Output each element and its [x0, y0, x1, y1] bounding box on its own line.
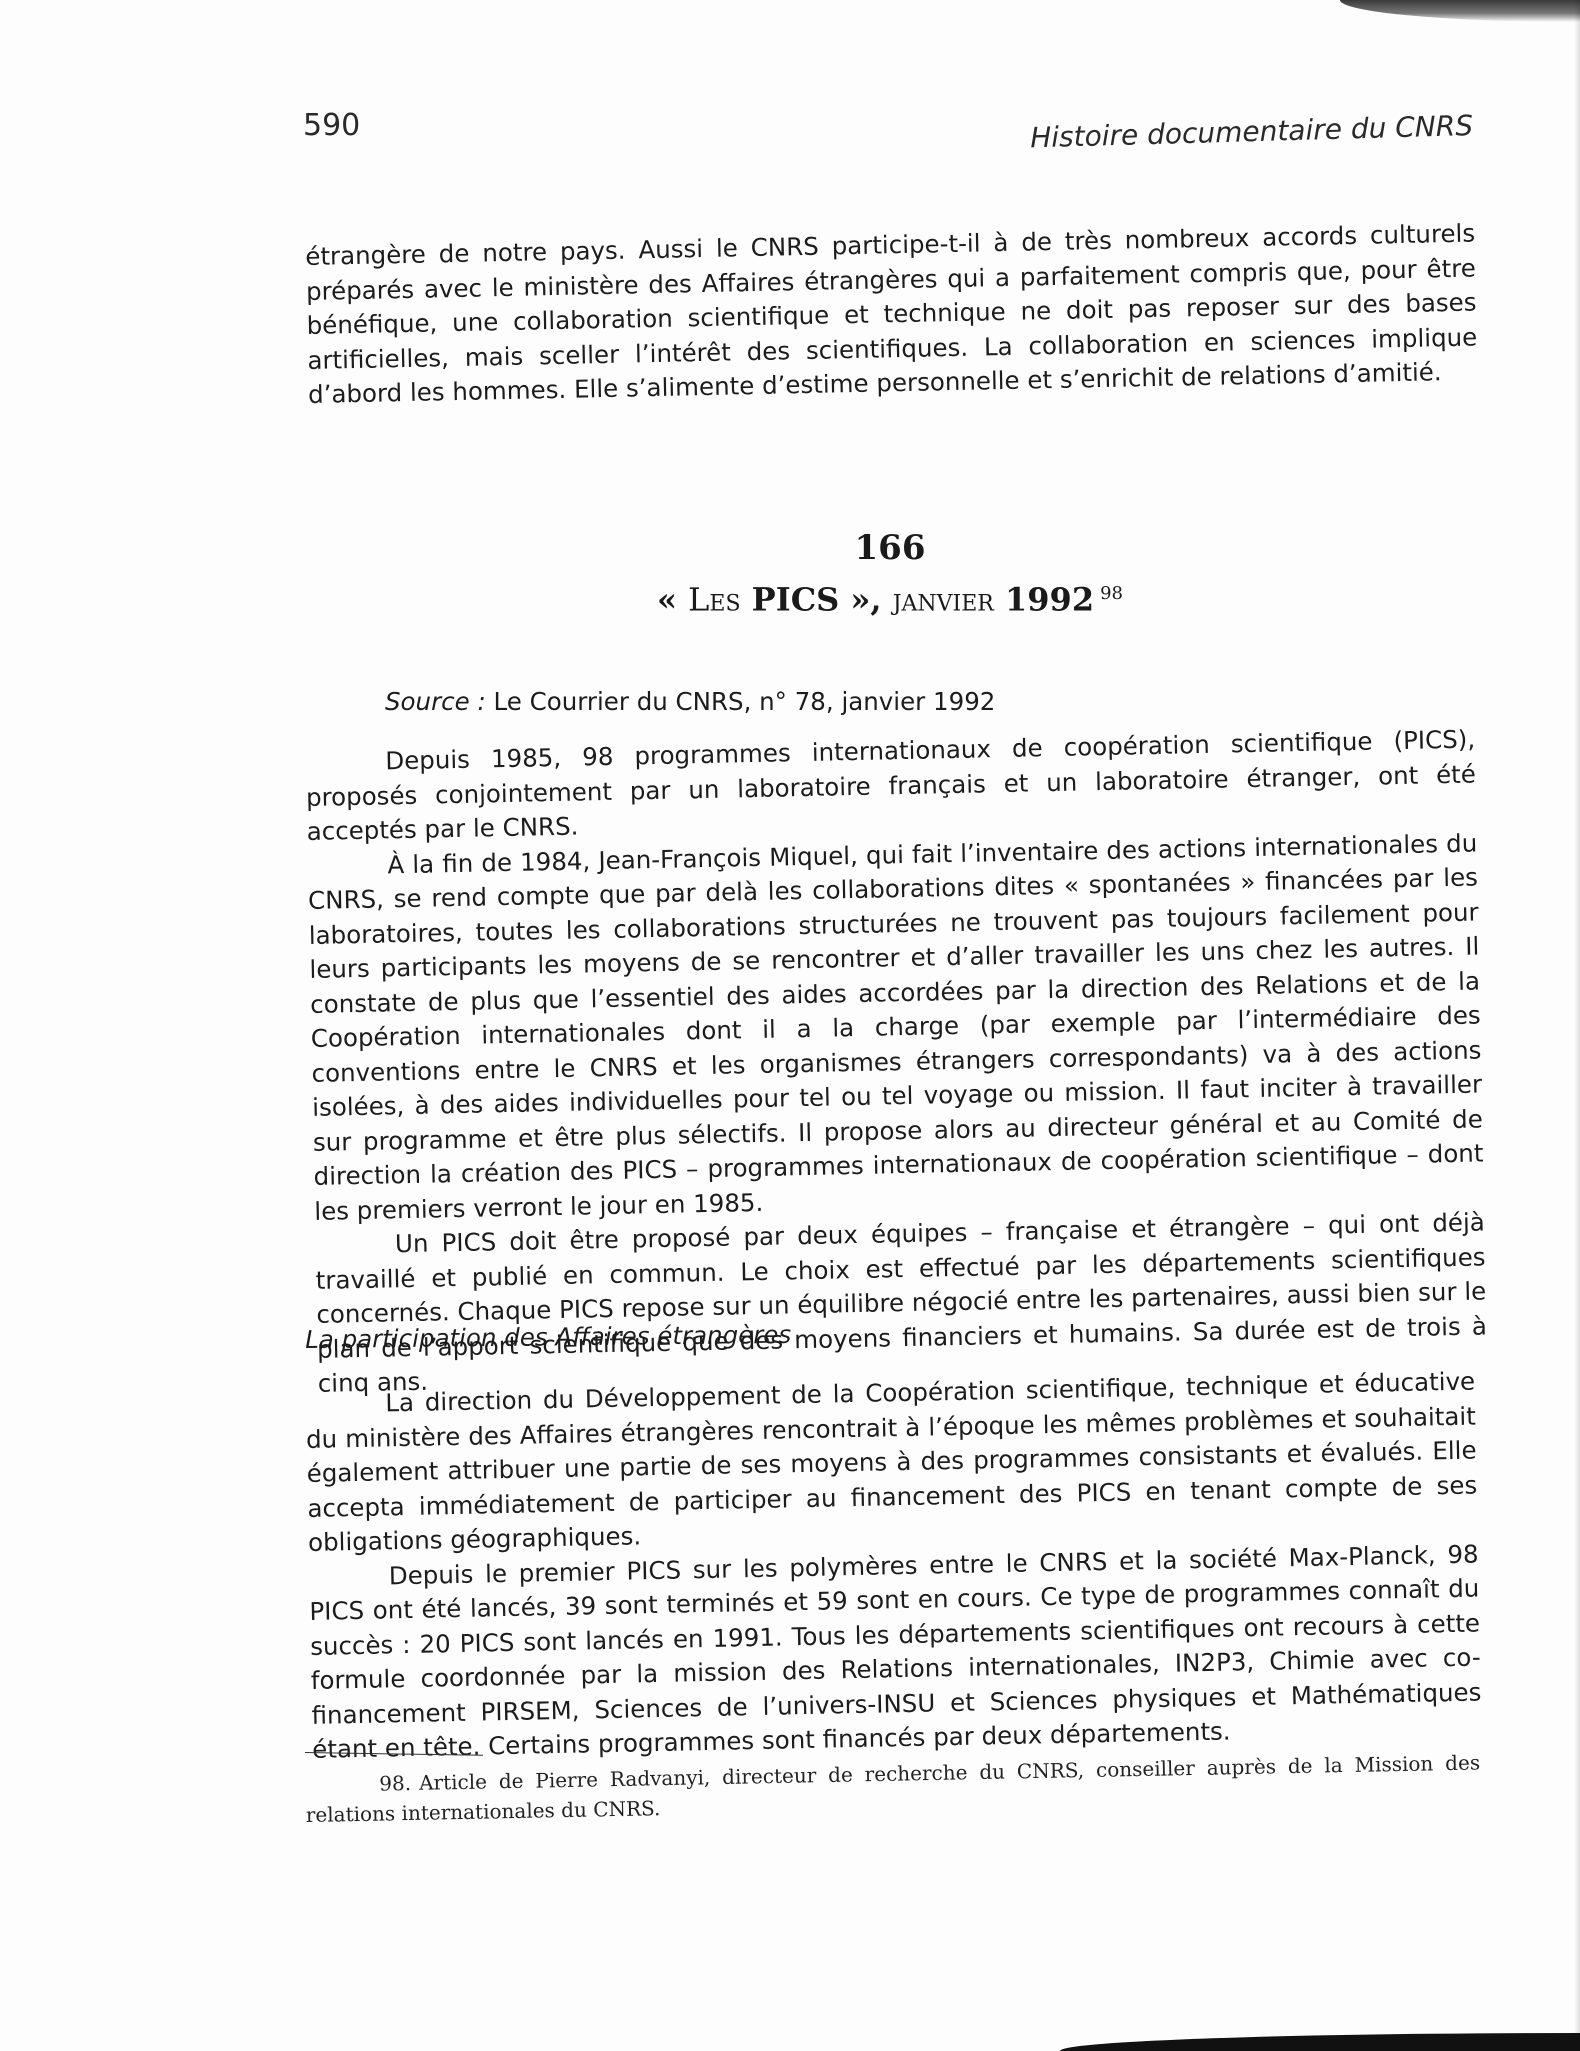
source-label: Source :	[385, 687, 486, 716]
footnote-reference[interactable]: 98	[1100, 583, 1123, 604]
title-pics: PICS	[752, 581, 840, 619]
paragraph: Depuis le premier PICS sur les polymères…	[308, 1537, 1482, 1767]
scan-page-curl-bottom	[1060, 2033, 1580, 2051]
document-title: « Les PICS », janvier 199298	[305, 570, 1475, 624]
title-year: 1992	[1005, 581, 1094, 619]
document-heading: 166 « Les PICS », janvier 199298	[305, 526, 1475, 624]
source-line: Source : Le Courrier du CNRS, n° 78, jan…	[385, 685, 995, 719]
intro-text-block: étrangère de notre pays. Aussi le CNRS p…	[305, 217, 1478, 413]
source-text: Le Courrier du CNRS, n° 78, janvier 1992	[494, 687, 996, 716]
document-number: 166	[305, 526, 1475, 570]
paragraph: La direction du Développement de la Coop…	[305, 1365, 1478, 1561]
scanned-book-page: 590 Histoire documentaire du CNRS étrang…	[0, 0, 1580, 2051]
scan-page-curl-top	[1340, 0, 1580, 22]
scan-edge-shadow	[1574, 0, 1580, 2051]
book-title: Histoire documentaire du CNRS	[1030, 109, 1474, 154]
running-head: 590 Histoire documentaire du CNRS	[303, 108, 1473, 158]
section-title: La participation des Affaires étrangères	[305, 1320, 791, 1354]
article-body-part-2: La direction du Développement de la Coop…	[305, 1365, 1482, 1768]
title-month: janvier	[893, 581, 994, 619]
article-body-part-1: Depuis 1985, 98 programmes internationau…	[305, 723, 1488, 1402]
title-close-quote: »,	[839, 581, 892, 619]
title-open-quote: «	[657, 581, 688, 619]
title-les: Les	[688, 581, 740, 619]
page-number: 590	[303, 108, 360, 143]
footnote-number: 98.	[379, 1771, 411, 1796]
intro-paragraph: étrangère de notre pays. Aussi le CNRS p…	[305, 217, 1478, 413]
paragraph: À la fin de 1984, Jean-François Miquel, …	[307, 826, 1484, 1229]
